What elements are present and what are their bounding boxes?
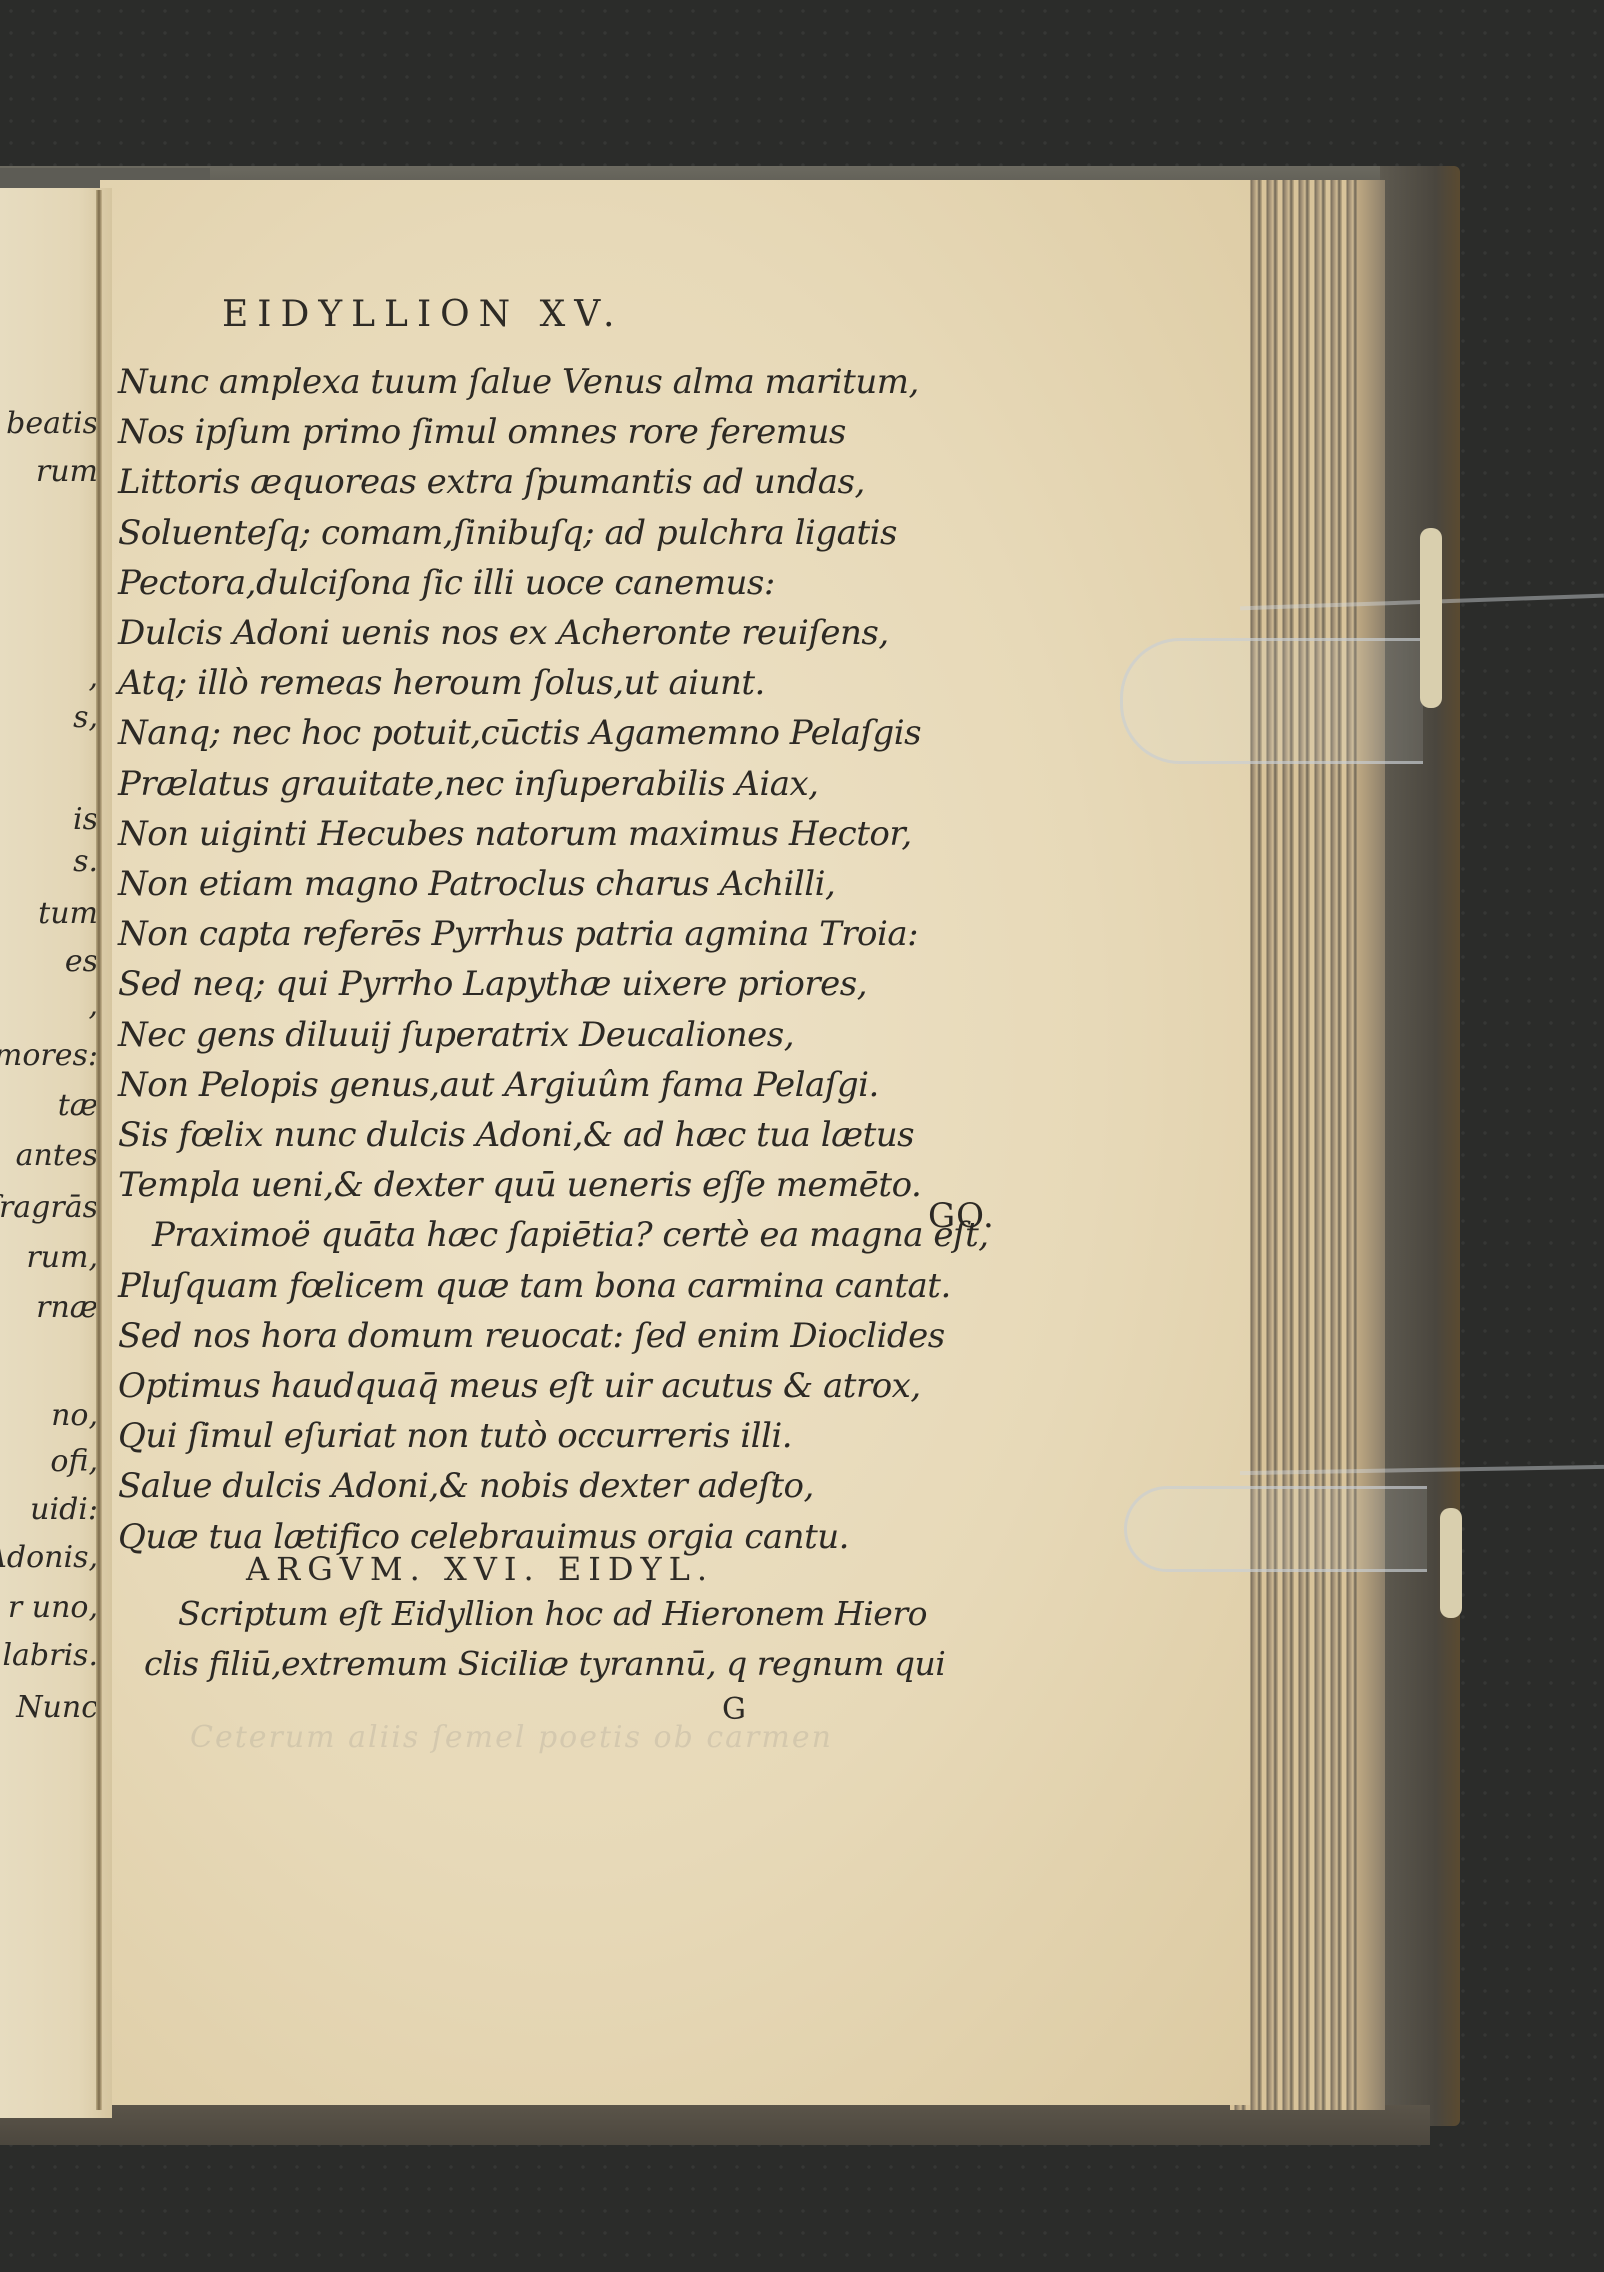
left-page-fragment: r uno, [8,1590,98,1625]
tie-lower [1440,1508,1462,1618]
clip-lower [1124,1486,1427,1572]
left-page-fragment: rnæ [36,1290,98,1325]
signature-mark: G [722,1692,746,1727]
left-page-fragment: is [73,802,98,837]
running-head: EIDYLLION XV. [222,294,623,335]
verse-line: Dulcis Adoni uenis nos ex Acheronte reui… [118,613,889,653]
left-page-fragment: la labris. [0,1638,98,1673]
clip-upper [1120,638,1423,764]
left-page-fragment: tum [38,896,98,931]
verse-line: Optimus haudquaq̄ meus eſt uir acutus & … [118,1366,921,1406]
tie-upper [1420,528,1442,708]
left-page-fragment: a fragrās [0,1190,98,1225]
verse-line: Prælatus grauitate,nec inſuperabilis Aia… [118,764,819,804]
left-page-fragment: tæ [58,1088,98,1123]
left-page-fragment: antes [16,1138,98,1173]
left-page-fragment: amores: [0,1038,98,1073]
left-page-fragment: s, [73,700,98,735]
verse-line: Nunc amplexa tuum ſalue Venus alma marit… [118,362,919,402]
left-page-fragment: beatis [6,406,98,441]
verse-line: Littoris æquoreas extra ſpumantis ad und… [118,462,865,502]
verse-line: Templa ueni,& dexter quū ueneris eſſe me… [118,1165,921,1205]
verse-line: Atq; illò remeas heroum ſolus,ut aiunt. [118,663,765,703]
gutter [96,190,102,2110]
verse-line: Non uiginti Hecubes natorum maximus Hect… [118,814,912,854]
verse-line: Non Pelopis genus,aut Argiuûm fama Pelaſ… [118,1065,879,1105]
left-page-fragment: no, [51,1398,98,1433]
argument-line-1: Scriptum eſt Eidyllion hoc ad Hieronem H… [178,1594,927,1633]
verse-line: Sed neq; qui Pyrrho Lapythæ uixere prior… [118,964,867,1004]
verse-line: Sed nos hora domum reuocat: ſed enim Dio… [118,1316,945,1356]
page-edges-stack [1230,180,1385,2110]
left-page-fragment: usAdonis, [0,1540,98,1575]
verse-line: Non capta referēs Pyrrhus patria agmina … [118,914,918,954]
verse-line: Nanq; nec hoc potuit,cūctis Agamemno Pel… [118,713,921,753]
left-page-fragment: s. [73,844,98,879]
left-page-fragment: ofi, [50,1444,98,1479]
left-page-fragment: es [65,944,98,979]
argument-line-2: clis filiū,extremum Siciliæ tyrannū, q r… [144,1644,945,1683]
left-page-fragment: rum, [26,1240,98,1275]
argument-heading: ARGVM. XVI. EIDYL. [246,1550,714,1588]
verse-line: Salue dulcis Adoni,& nobis dexter adeſto… [118,1466,814,1506]
left-page-fragment: uidi: [30,1492,98,1527]
left-page-fragment: Nunc [16,1690,98,1725]
verse-line: Pluſquam fœlicem quæ tam bona carmina ca… [118,1266,951,1306]
verse-line: Pectora,dulciſona ſic illi uoce canemus: [118,563,775,603]
verse-line: Non etiam magno Patroclus charus Achilli… [118,864,835,904]
verse-line: Praximoë quāta hæc ſapiētia? certè ea ma… [152,1215,989,1255]
left-page-fragment: rum [36,454,98,489]
verse-line: Qui ſimul eſuriat non tutò occurreris il… [118,1416,792,1456]
speaker-tag: GO. [928,1196,995,1236]
verse-line: Nec gens diluuij ſuperatrix Deucaliones, [118,1015,794,1055]
book-cover-right [1380,166,1460,2126]
verse-line: Soluenteſq; comam,ſinibuſq; ad pulchra l… [118,513,897,553]
book-cover-bottom [0,2105,1430,2145]
verse-line: Sis fœlix nunc dulcis Adoni,& ad hæc tua… [118,1115,914,1155]
verse-line: Nos ipſum primo ſimul omnes rore feremus [118,412,846,452]
